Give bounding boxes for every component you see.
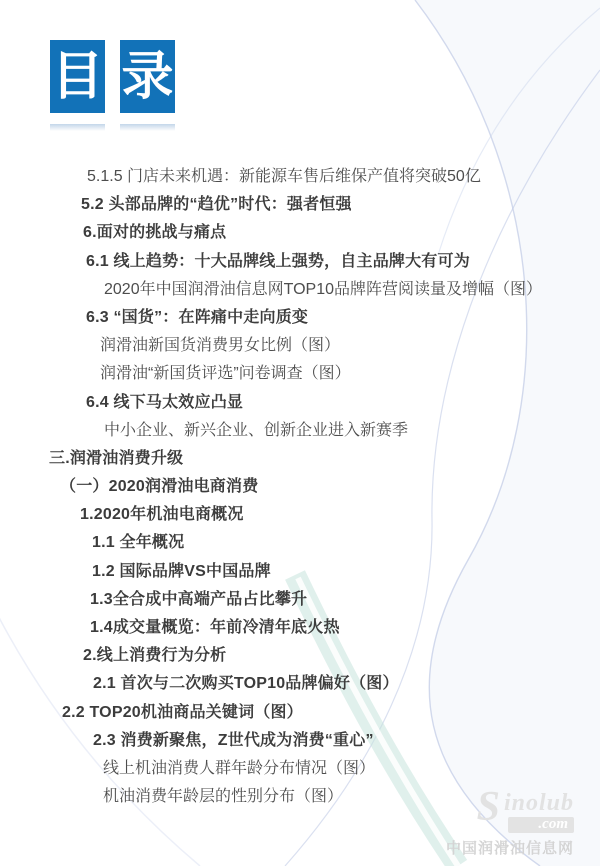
title-char-2: 录 [121,51,173,103]
sinolub-caption: 中国润滑油信息网 [446,837,574,858]
sinolub-initial: S [477,789,500,827]
title-char-1: 目 [51,51,103,103]
title-block-reflection [50,124,105,131]
toc-item: 1.4成交量概览：年前冷清年底火热 [0,614,600,642]
sinolub-logo: S inolub .com 中国润滑油信息网 [446,789,574,858]
toc-item: 2.线上消费行为分析 [0,642,600,670]
toc-item: 润滑油新国货消费男女比例（图） [0,332,600,360]
sinolub-rest: inolub [504,791,574,815]
page-title: 目 录 [50,40,175,113]
title-block-reflection [120,124,175,131]
toc-item: 润滑油“新国货评选”问卷调查（图） [0,360,600,388]
toc-item: 1.2 国际品牌VS中国品牌 [0,558,600,586]
toc-item: 1.2020年机油电商概况 [0,501,600,529]
toc-item: 2020年中国润滑油信息网TOP10品牌阵营阅读量及增幅（图） [0,276,600,304]
toc-item: 5.2 头部品牌的“趋优”时代：强者恒强 [0,191,600,219]
toc-item: 6.1 线上趋势：十大品牌线上强势，自主品牌大有可为 [0,248,600,276]
toc-item: 6.3 “国货”：在阵痛中走向质变 [0,304,600,332]
toc-item: 6.面对的挑战与痛点 [0,219,600,247]
toc-item: （一）2020润滑油电商消费 [0,473,600,501]
toc-item: 中小企业、新兴企业、创新企业进入新赛季 [0,417,600,445]
toc-item: 1.3全合成中高端产品占比攀升 [0,586,600,614]
toc-item: 三.润滑油消费升级 [0,445,600,473]
sinolub-wordmark: S inolub .com [446,789,574,833]
toc-item: 线上机油消费人群年龄分布情况（图） [0,755,600,783]
toc-page: 目 录 5.1.5 门店未来机遇：新能源车售后维保产值将突破50亿5.2 头部品… [0,0,600,866]
toc-item: 1.1 全年概况 [0,529,600,557]
toc-list: 5.1.5 门店未来机遇：新能源车售后维保产值将突破50亿5.2 头部品牌的“趋… [0,163,600,811]
toc-item: 2.1 首次与二次购买TOP10品牌偏好（图） [0,670,600,698]
title-block-1: 目 [50,40,105,113]
toc-item: 6.4 线下马太效应凸显 [0,389,600,417]
title-block-2: 录 [120,40,175,113]
sinolub-dotcom-badge: .com [508,817,574,833]
toc-item: 2.3 消费新聚焦，Z世代成为消费“重心” [0,727,600,755]
toc-item: 2.2 TOP20机油商品关键词（图） [0,699,600,727]
toc-item: 5.1.5 门店未来机遇：新能源车售后维保产值将突破50亿 [0,163,600,191]
